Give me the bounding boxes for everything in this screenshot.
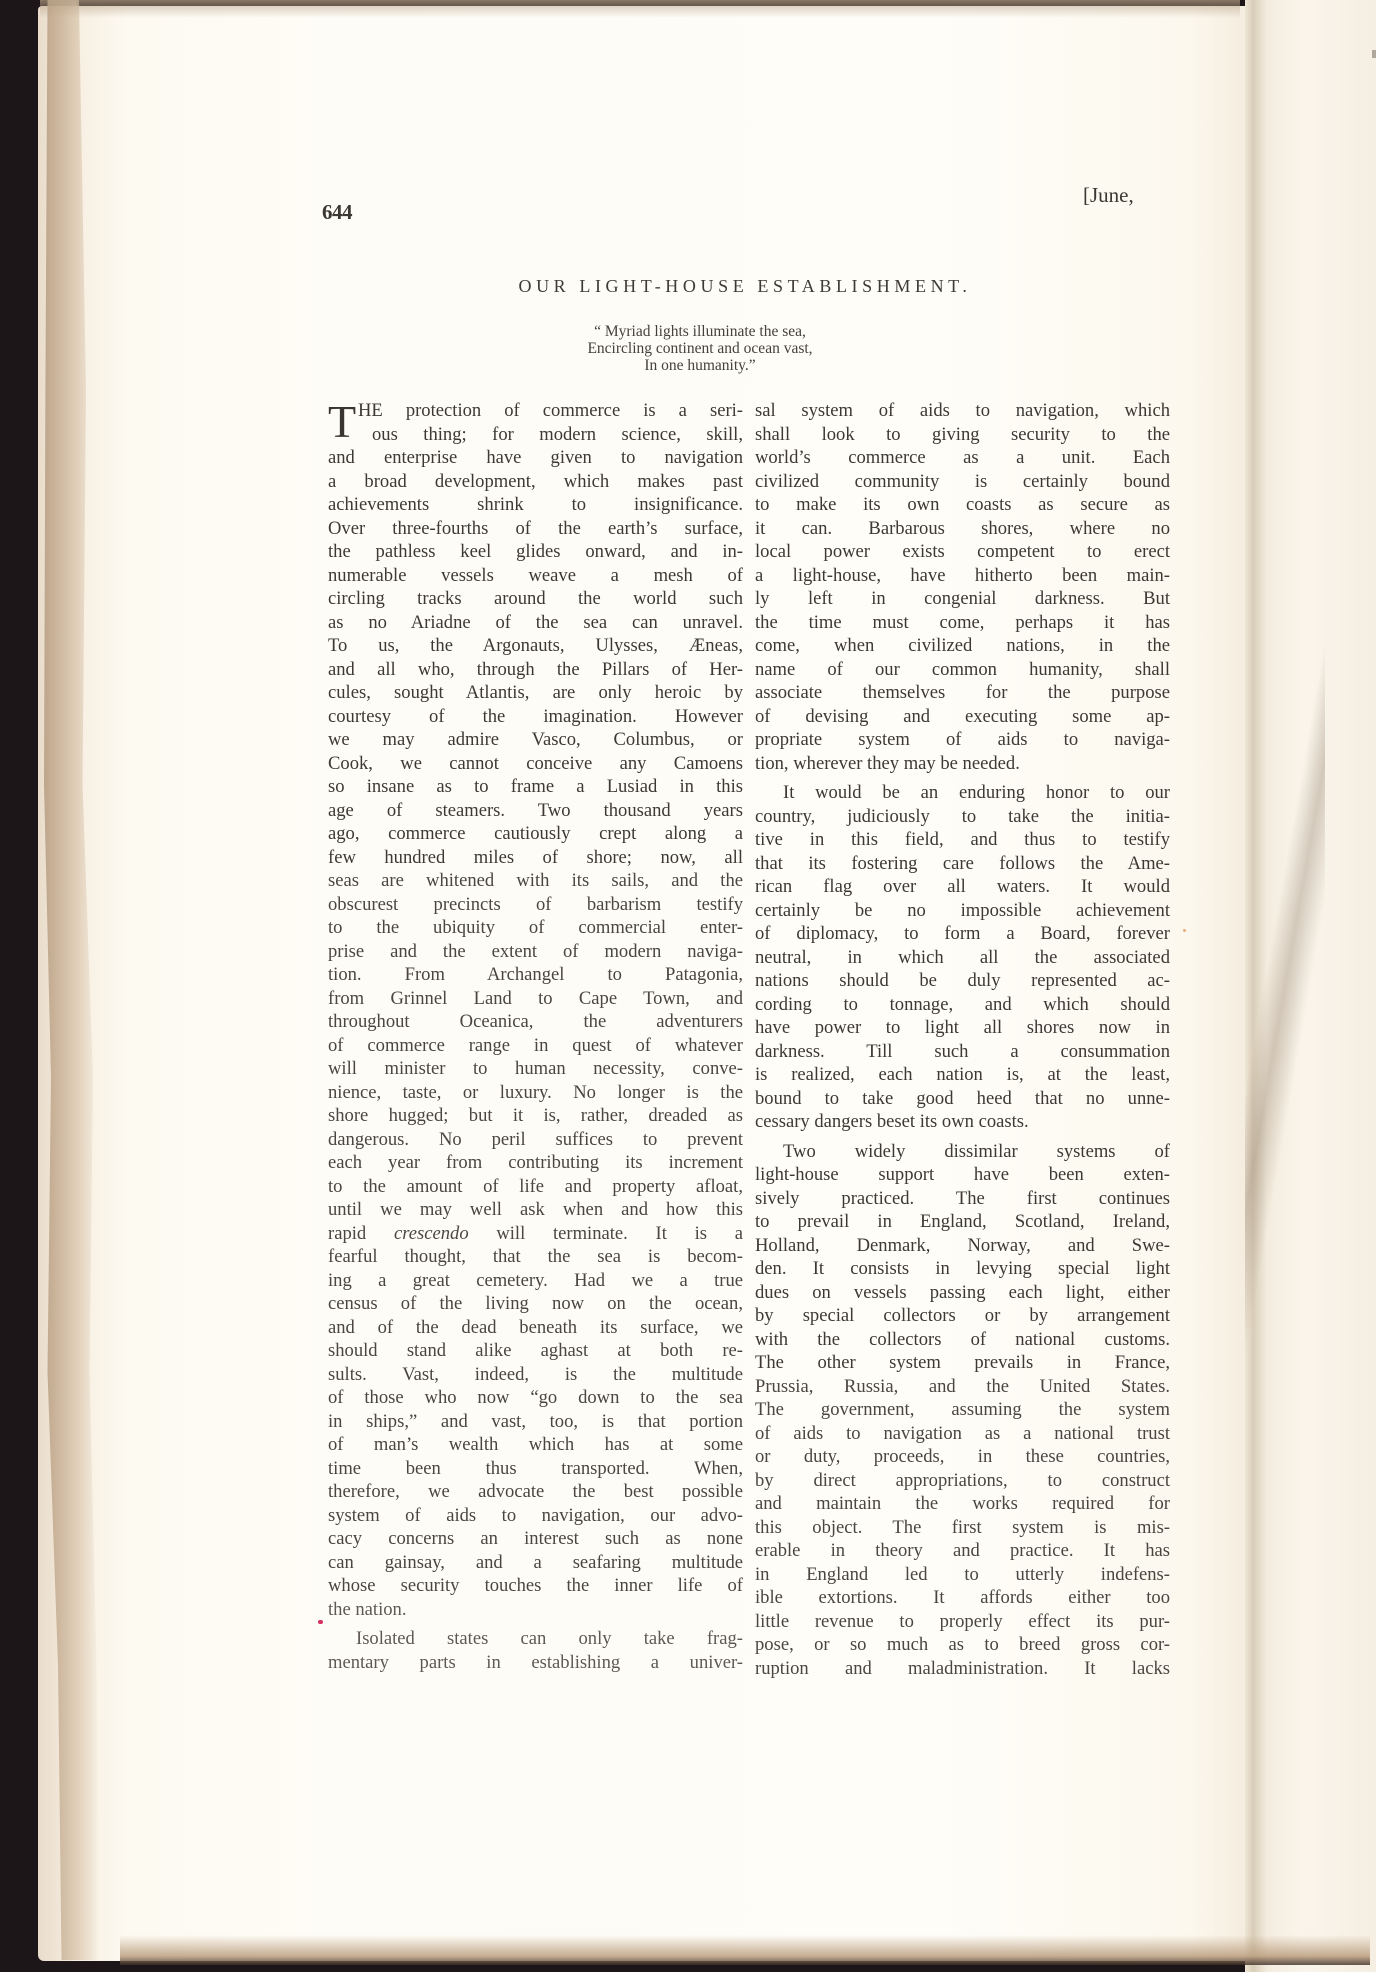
text-line: neutral, in which all the associated [755, 946, 1170, 970]
text-line: Cook, we cannot conceive any Camoens [328, 752, 743, 776]
page-number: 644 [322, 200, 352, 225]
text-line: ible extortions. It affords either too [755, 1586, 1170, 1610]
text-line: come, when civilized nations, in the [755, 634, 1170, 658]
text-line: age of steamers. Two thousand years [328, 799, 743, 823]
text-line: sults. Vast, indeed, is the multitude [328, 1363, 743, 1387]
text-line: dues on vessels passing each light, eith… [755, 1281, 1170, 1305]
text-line: of those who now “go down to the sea [328, 1386, 743, 1410]
text-line: therefore, we advocate the best possible [328, 1480, 743, 1504]
text-line: should stand alike aghast at both re- [328, 1339, 743, 1363]
text-line: local power exists competent to erect [755, 540, 1170, 564]
text-line: The other system prevails in France, [755, 1351, 1170, 1375]
text-line: light-house support have been exten- [755, 1163, 1170, 1187]
right-column: sal system of aids to navigation, whichs… [755, 399, 1170, 1680]
text-line: each year from contributing its incremen… [328, 1151, 743, 1175]
text-line: tion, wherever they may be needed. [755, 752, 1170, 776]
text-line: will minister to human necessity, conve- [328, 1057, 743, 1081]
text-line: rapid crescendo will terminate. It is a [328, 1222, 743, 1246]
epigraph: “ Myriad lights illuminate the sea, Enci… [470, 323, 930, 374]
text-line: to the amount of life and property afloa… [328, 1175, 743, 1199]
text-line: with the collectors of national customs. [755, 1328, 1170, 1352]
text-line: ing a great cemetery. Had we a true [328, 1269, 743, 1293]
text-line: a light-house, have hitherto been main- [755, 564, 1170, 588]
text-line: and all who, through the Pillars of Her- [328, 658, 743, 682]
text-line: whose security touches the inner life of [328, 1574, 743, 1598]
text-fragment: will terminate. It is a [469, 1223, 743, 1244]
text-line: nience, taste, or luxury. No longer is t… [328, 1081, 743, 1105]
text-line: of devising and executing some ap- [755, 705, 1170, 729]
text-line: it can. Barbarous shores, where no [755, 517, 1170, 541]
text-line: propriate system of aids to naviga- [755, 728, 1170, 752]
text-line: HE protection of commerce is a seri- [328, 399, 743, 423]
text-line: the nation. [328, 1598, 743, 1622]
scanned-book-page: 644 [June, OUR LIGHT-HOUSE ESTABLISHMENT… [0, 0, 1376, 1972]
text-line: and maintain the works required for [755, 1492, 1170, 1516]
text-line: erable in theory and practice. It has [755, 1539, 1170, 1563]
text-line: The government, assuming the system [755, 1398, 1170, 1422]
stain-spot [1183, 929, 1186, 932]
text-line: It would be an enduring honor to our [755, 781, 1170, 805]
text-line: cacy concerns an interest such as none [328, 1527, 743, 1551]
text-line: throughout Oceanica, the adventurers [328, 1010, 743, 1034]
text-line: ous thing; for modern science, skill, [328, 423, 743, 447]
text-line: of diplomacy, to form a Board, forever [755, 922, 1170, 946]
text-line: dangerous. No peril suffices to prevent [328, 1128, 743, 1152]
running-head-date: [June, [1083, 183, 1134, 208]
red-ink-mark [318, 1620, 323, 1624]
epigraph-line: In one humanity.” [470, 357, 930, 374]
text-line: and of the dead beneath its surface, we [328, 1316, 743, 1340]
text-line: few hundred miles of shore; now, all [328, 846, 743, 870]
text-line: mentary parts in establishing a univer- [328, 1651, 743, 1675]
text-line: as no Ariadne of the sea can unravel. [328, 611, 743, 635]
text-line: den. It consists in levying special ligh… [755, 1257, 1170, 1281]
text-line: from Grinnel Land to Cape Town, and [328, 987, 743, 1011]
text-line: we may admire Vasco, Columbus, or [328, 728, 743, 752]
text-line: shall look to giving security to the [755, 423, 1170, 447]
text-line: in England led to utterly indefens- [755, 1563, 1170, 1587]
text-line: civilized community is certainly bound [755, 470, 1170, 494]
next-page-text-fragment [1372, 50, 1376, 58]
text-line: nations should be duly represented ac- [755, 969, 1170, 993]
text-line: numerable vessels weave a mesh of [328, 564, 743, 588]
text-line: name of our common humanity, shall [755, 658, 1170, 682]
text-line: in ships,” and vast, too, is that portio… [328, 1410, 743, 1434]
text-line: sively practiced. The first continues [755, 1187, 1170, 1211]
italic-word: crescendo [394, 1223, 469, 1244]
epigraph-line: “ Myriad lights illuminate the sea, [470, 323, 930, 340]
binding-fold [1245, 0, 1325, 1972]
text-line: to make its own coasts as secure as [755, 493, 1170, 517]
text-line: tion. From Archangel to Patagonia, [328, 963, 743, 987]
text-line: cules, sought Atlantis, are only heroic … [328, 681, 743, 705]
epigraph-line: Encircling continent and ocean vast, [470, 340, 930, 357]
text-line: ly left in congenial darkness. But [755, 587, 1170, 611]
text-line: prise and the extent of modern naviga- [328, 940, 743, 964]
text-line: Holland, Denmark, Norway, and Swe- [755, 1234, 1170, 1258]
text-line: by special collectors or by arrangement [755, 1304, 1170, 1328]
text-line: this object. The first system is mis- [755, 1516, 1170, 1540]
text-line: of aids to navigation as a national trus… [755, 1422, 1170, 1446]
text-line: ruption and maladministration. It lacks [755, 1657, 1170, 1681]
text-line: to prevail in England, Scotland, Ireland… [755, 1210, 1170, 1234]
text-line: shore hugged; but it is, rather, dreaded… [328, 1104, 743, 1128]
text-line: ago, commerce cautiously crept along a [328, 822, 743, 846]
text-line: of commerce range in quest of whatever [328, 1034, 743, 1058]
text-line: Isolated states can only take frag- [328, 1627, 743, 1651]
text-line: darkness. Till such a consummation [755, 1040, 1170, 1064]
text-line: fearful thought, that the sea is becom- [328, 1245, 743, 1269]
top-edge-stain [40, 0, 1240, 18]
text-line: can gainsay, and a seafaring multitude [328, 1551, 743, 1575]
text-line: rican flag over all waters. It would [755, 875, 1170, 899]
text-line: country, judiciously to take the initia- [755, 805, 1170, 829]
text-line: circling tracks around the world such [328, 587, 743, 611]
text-line: that its fostering care follows the Ame- [755, 852, 1170, 876]
text-line: so insane as to frame a Lusiad in this [328, 775, 743, 799]
text-fragment: rapid [328, 1223, 366, 1244]
text-line: have power to light all shores now in [755, 1016, 1170, 1040]
text-line: until we may well ask when and how this [328, 1198, 743, 1222]
text-line: bound to take good heed that no unne- [755, 1087, 1170, 1111]
text-line: by direct appropriations, to construct [755, 1469, 1170, 1493]
text-line: time been thus transported. When, [328, 1457, 743, 1481]
text-line: and enterprise have given to navigation [328, 446, 743, 470]
text-line: To us, the Argonauts, Ulysses, Æneas, [328, 634, 743, 658]
text-line: cessary dangers beset its own coasts. [755, 1110, 1170, 1134]
text-line: certainly be no impossible achievement [755, 899, 1170, 923]
text-line: system of aids to navigation, our advo- [328, 1504, 743, 1528]
text-line: or duty, proceeds, in these countries, [755, 1445, 1170, 1469]
text-line: Over three-fourths of the earth’s surfac… [328, 517, 743, 541]
text-line: is realized, each nation is, at the leas… [755, 1063, 1170, 1087]
left-column: T HE protection of commerce is a seri-ou… [328, 399, 743, 1674]
text-line: little revenue to properly effect its pu… [755, 1610, 1170, 1634]
drop-cap: T [328, 402, 356, 442]
text-line: seas are whitened with its sails, and th… [328, 869, 743, 893]
text-line: achievements shrink to insignificance. [328, 493, 743, 517]
text-line: world’s commerce as a unit. Each [755, 446, 1170, 470]
text-line: a broad development, which makes past [328, 470, 743, 494]
text-line: sal system of aids to navigation, which [755, 399, 1170, 423]
text-line: the pathless keel glides onward, and in- [328, 540, 743, 564]
text-line: of man’s wealth which has at some [328, 1433, 743, 1457]
text-line: associate themselves for the purpose [755, 681, 1170, 705]
bottom-edge-stain [120, 1935, 1370, 1965]
text-line: census of the living now on the ocean, [328, 1292, 743, 1316]
text-line: to the ubiquity of commercial enter- [328, 916, 743, 940]
article-title: OUR LIGHT-HOUSE ESTABLISHMENT. [300, 276, 1100, 297]
text-line: cording to tonnage, and which should [755, 993, 1170, 1017]
text-line: Two widely dissimilar systems of [755, 1140, 1170, 1164]
text-line: obscurest precincts of barbarism testify [328, 893, 743, 917]
text-line: courtesy of the imagination. However [328, 705, 743, 729]
text-line: tive in this field, and thus to testify [755, 828, 1170, 852]
text-line: the time must come, perhaps it has [755, 611, 1170, 635]
text-line: pose, or so much as to breed gross cor- [755, 1633, 1170, 1657]
text-line: Prussia, Russia, and the United States. [755, 1375, 1170, 1399]
